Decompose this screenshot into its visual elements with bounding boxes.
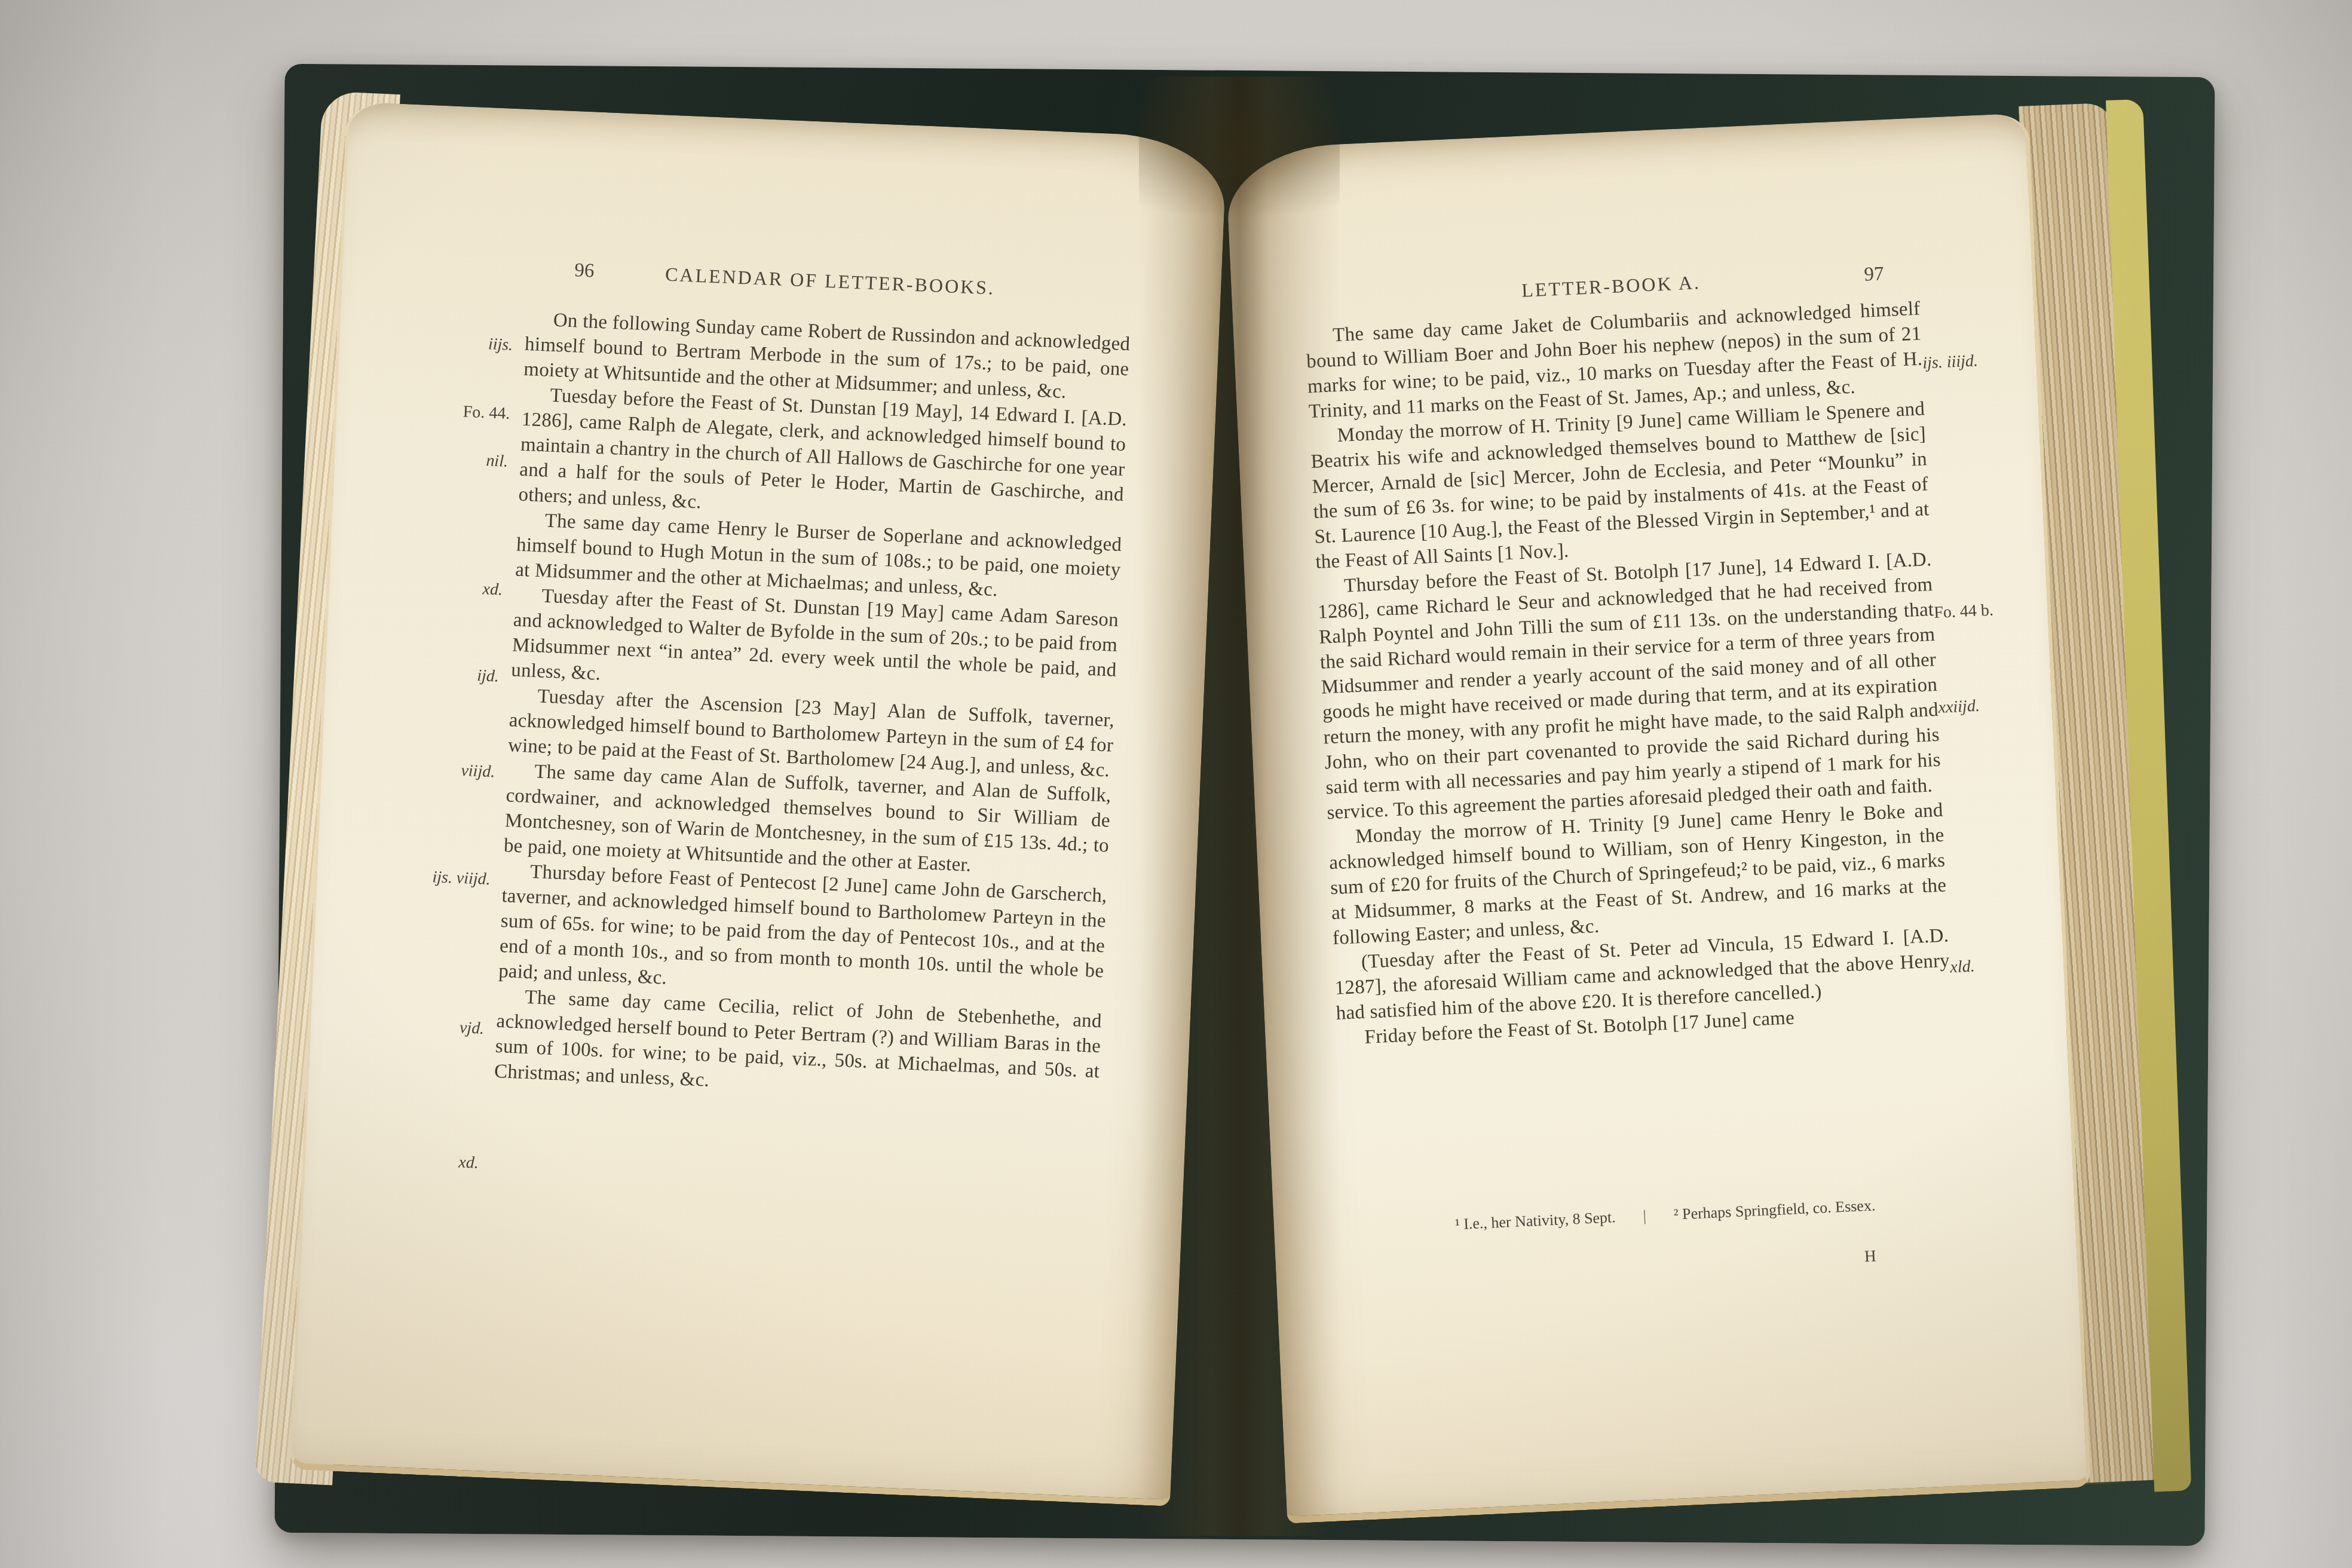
page-text-column: On the following Sunday came Robert de R… [494, 307, 1131, 1109]
page-number: 97 [1864, 263, 1885, 286]
margin-note: viijd. [357, 757, 495, 782]
margin-note: nil. [370, 446, 509, 471]
margin-note: xxiijd. [1938, 693, 2058, 718]
signature-mark: H [1864, 1247, 1876, 1266]
page-text-column: The same day came Jaket de Columbariis a… [1304, 296, 1952, 1051]
page-number: 96 [574, 259, 595, 282]
text-paragraph: Thursday before the Feast of St. Botolph… [1316, 547, 1942, 825]
margin-note: vjd. [347, 1013, 485, 1039]
text-paragraph: Thursday before Feast of Pentecost [2 Ju… [498, 858, 1107, 1009]
text-paragraph: Tuesday before the Feast of St. Dunstan … [518, 382, 1128, 532]
margin-note: xld. [1950, 953, 2070, 977]
margin-note-folio: Fo. 44 b. [1934, 598, 2054, 623]
margin-note: xd. [365, 575, 503, 600]
background-surface: 96 CALENDAR OF LETTER-BOOKS. On the foll… [0, 0, 2352, 1568]
footnote: ¹ I.e., her Nativity, 8 Sept. [1454, 1208, 1616, 1233]
photo-canvas: { "book": { "colors": { "cover": "#1e292… [0, 0, 2352, 1568]
margin-note: ijs. viijd. [353, 865, 491, 890]
margin-note-folio: Fo. 44. [372, 399, 510, 424]
margin-note: ijs. iiijd. [1922, 348, 2042, 373]
text-paragraph: Monday the morrow of H. Trinity [9 June]… [1309, 396, 1931, 574]
margin-note: ijd. [361, 661, 499, 687]
footnote-separator: | [1643, 1207, 1647, 1225]
footnote: ² Perhaps Springfield, co. Essex. [1673, 1196, 1876, 1223]
left-page-header: 96 CALENDAR OF LETTER-BOOKS. [527, 258, 1132, 309]
margin-note: iijs. [375, 330, 513, 355]
left-page: 96 CALENDAR OF LETTER-BOOKS. On the foll… [289, 102, 1227, 1506]
running-title: CALENDAR OF LETTER-BOOKS. [528, 258, 1133, 305]
footnote-row: ¹ I.e., her Nativity, 8 Sept. | ² Perhap… [1363, 1193, 1967, 1238]
right-page: LETTER-BOOK A. 97 The same day came Jake… [1225, 113, 2091, 1524]
margin-note: xd. [341, 1148, 479, 1173]
